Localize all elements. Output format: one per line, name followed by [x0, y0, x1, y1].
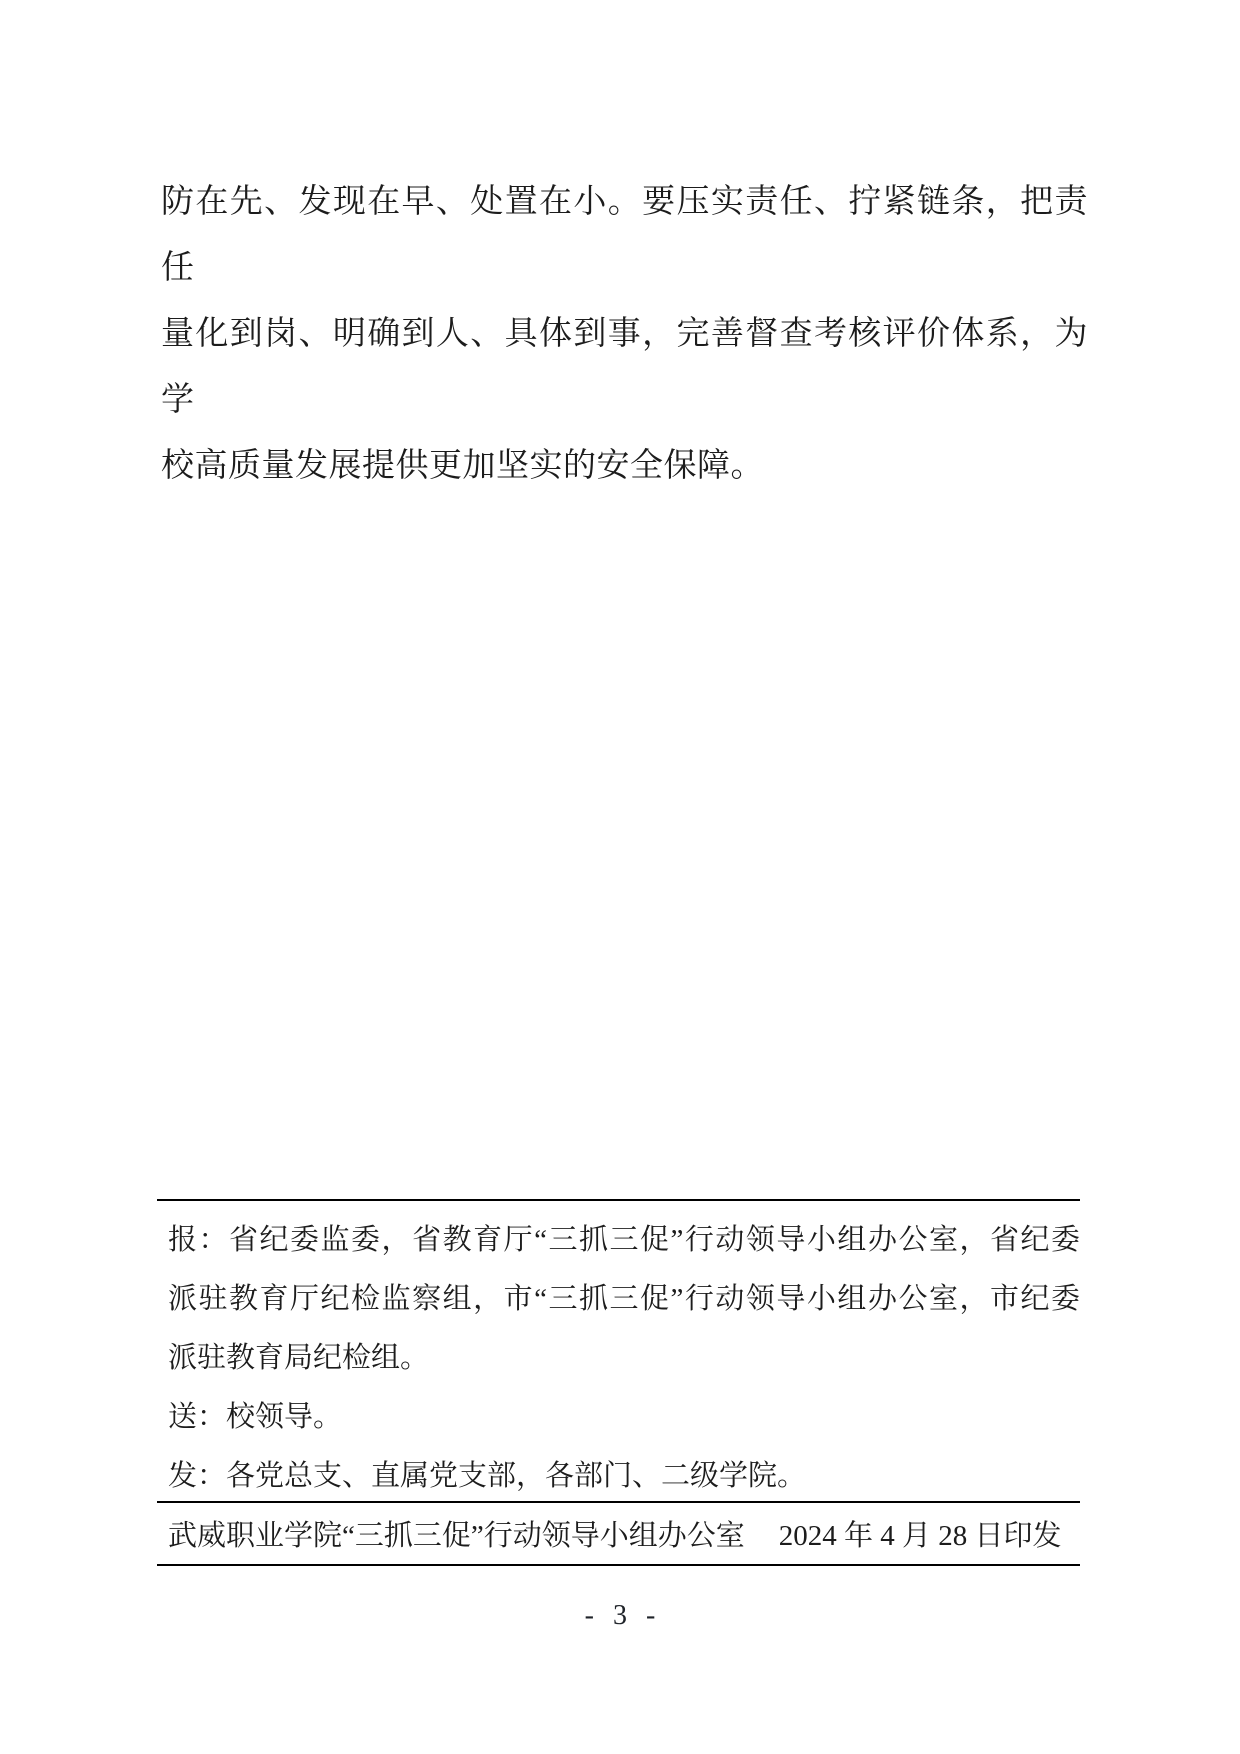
paragraph-line-2: 量化到岗、明确到人、具体到事，完善督查考核评价体系，为学 — [161, 301, 1088, 433]
page-number: - 3 - — [0, 1600, 1240, 1632]
paragraph-line-3: 校高质量发展提供更加坚实的安全保障。 — [161, 433, 1088, 499]
divider-colophon-bottom — [157, 1564, 1080, 1566]
body-paragraph: 防在先、发现在早、处置在小。要压实责任、拧紧链条，把责任 量化到岗、明确到人、具… — [161, 169, 1088, 499]
colophon: 武威职业学院“三抓三促”行动领导小组办公室 2024 年 4 月 28 日印发 — [168, 1503, 1080, 1564]
distribution-copy-to-line-2: 派驻教育厅纪检监察组，市“三抓三促”行动领导小组办公室，市纪委 — [168, 1270, 1080, 1329]
distribution-deliver-to-line: 送：校领导。 — [168, 1388, 1080, 1447]
distribution-copy-to-line-3: 派驻教育局纪检组。 — [168, 1329, 1080, 1388]
paragraph-line-1: 防在先、发现在早、处置在小。要压实责任、拧紧链条，把责任 — [161, 169, 1088, 301]
colophon-issuer: 武威职业学院“三抓三促”行动领导小组办公室 — [168, 1513, 745, 1554]
distribution-copy-to-line-1: 报：省纪委监委，省教育厅“三抓三促”行动领导小组办公室，省纪委 — [168, 1211, 1080, 1270]
distribution-list: 报：省纪委监委，省教育厅“三抓三促”行动领导小组办公室，省纪委 派驻教育厅纪检监… — [168, 1211, 1080, 1506]
colophon-print-date: 2024 年 4 月 28 日印发 — [779, 1513, 1062, 1554]
document-page: 防在先、发现在早、处置在小。要压实责任、拧紧链条，把责任 量化到岗、明确到人、具… — [0, 0, 1240, 1754]
divider-distribution-top — [157, 1199, 1080, 1201]
distribution-issue-to-line: 发：各党总支、直属党支部，各部门、二级学院。 — [168, 1447, 1080, 1506]
